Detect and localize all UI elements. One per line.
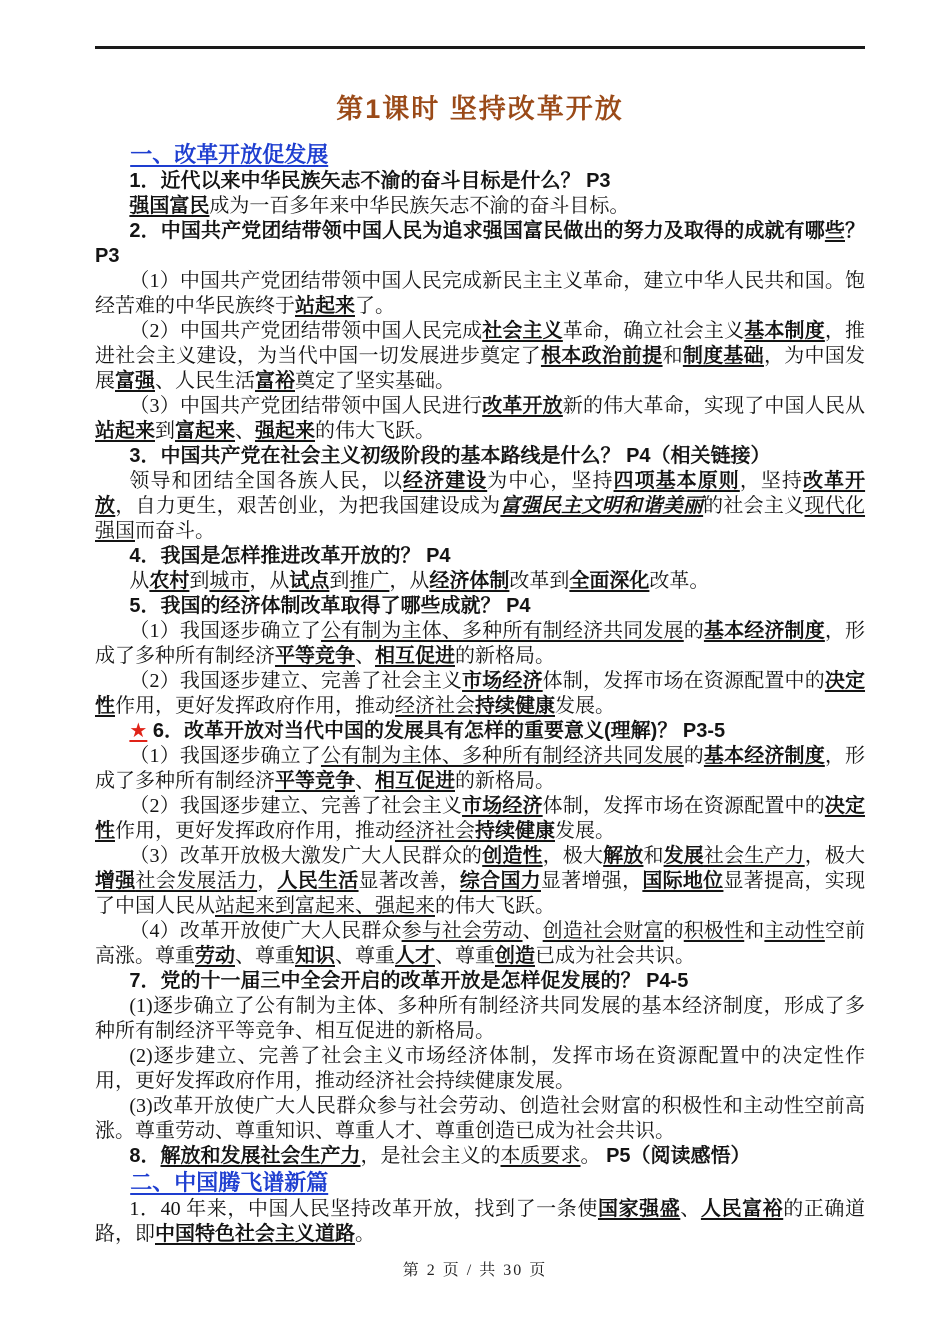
text-run: 经济社会: [395, 695, 475, 717]
text-run: 经济社会: [395, 820, 475, 842]
answer-paragraph: （1）我国逐步确立了公有制为主体、多种所有制经济共同发展的基本经济制度，形成了多…: [95, 744, 865, 794]
text-run: 社会主义: [482, 320, 563, 342]
text-run: 、: [680, 1198, 701, 1220]
text-run: 已成为社会共识。: [535, 945, 695, 967]
text-run: 、: [355, 645, 375, 667]
text-run: 为中心，坚持: [487, 470, 613, 492]
text-run: 社会生产力: [704, 845, 805, 867]
text-run: 作用，更好发挥政府作用，推动: [115, 695, 395, 717]
text-run: 的新格局。: [455, 645, 555, 667]
text-run: 站起来到富起来、强起来: [215, 895, 435, 917]
text-run: 四项基本原则: [614, 470, 740, 492]
text-run: 1．40 年来，中国人民坚持改革开放，找到了一条使: [129, 1198, 598, 1220]
text-run: 经济建设: [403, 470, 487, 492]
answer-paragraph: （4）改革开放使广大人民群众参与社会劳动、创造社会财富的积极性和主动性空前高涨。…: [95, 919, 865, 969]
text-run: 的新格局。: [455, 770, 555, 792]
text-run: 公有制为主体、多种所有制经济共同发展: [321, 745, 684, 767]
text-run: 解放: [603, 845, 643, 867]
text-run: 参与社会劳动: [402, 920, 523, 942]
text-run: （1）我国逐步确立了: [129, 620, 321, 642]
text-run: ，自力更生，艰苦创业，为把我国建设成为: [115, 495, 500, 517]
text-run: 富裕: [255, 370, 295, 392]
answer-paragraph: （3）中国共产党团结带领中国人民进行改革开放新的伟大革命，实现了中国人民从站起来…: [95, 394, 865, 444]
title-paragraph: 第1课时 坚持改革开放: [95, 91, 865, 127]
answer-paragraph: (1)逐步确立了公有制为主体、多种所有制经济共同发展的基本经济制度，形成了多种所…: [95, 994, 865, 1044]
text-run: 站起来: [95, 420, 155, 442]
answer-paragraph: (3)改革开放使广大人民群众参与社会劳动、创造社会财富的积极性和主动性空前高涨。…: [95, 1094, 865, 1144]
text-run: 4．我国是怎样推进改革开放的？ P4: [129, 545, 450, 567]
text-run: 市场经济: [462, 795, 543, 817]
text-run: 解放和发展社会生产力: [161, 1145, 361, 1167]
answer-paragraph: 从农村到城市，从试点到推广，从经济体制改革到全面深化改革。: [95, 569, 865, 594]
text-run: ，从: [389, 570, 429, 592]
text-run: 劳动: [195, 945, 235, 967]
text-run: 本质要求: [501, 1145, 581, 1167]
text-run: (1)逐步确立了公有制为主体、多种所有制经济共同发展的基本经济制度，形成了多种所…: [95, 995, 865, 1042]
text-run: 相互促进: [375, 770, 455, 792]
text-run: 。: [581, 1145, 601, 1167]
text-run: 些: [825, 220, 845, 242]
header-rule: [95, 46, 865, 49]
text-run: 成为一百多年来中华民族矢志不渝的奋斗目标。: [209, 195, 629, 217]
text-run: 到: [155, 420, 175, 442]
text-run: 全面深化: [569, 570, 649, 592]
text-run: 积极性: [684, 920, 744, 942]
text-run: 基本经济制度: [704, 745, 825, 767]
text-run: 国家强盛: [598, 1198, 680, 1220]
text-run: 改革。: [649, 570, 709, 592]
text-run: 7．党的十一届三中全会开启的改革开放是怎样促发展的？ P4-5: [129, 970, 688, 992]
question-paragraph: 5．我国的经济体制改革取得了哪些成就？ P4: [95, 594, 865, 619]
text-run: 改革开放: [482, 395, 563, 417]
text-run: 富起来: [175, 420, 235, 442]
text-run: 奠定了坚实基础。: [295, 370, 455, 392]
question-paragraph: ★ 6．改革开放对当代中国的发展具有怎样的重要意义(理解)？ P3-5: [95, 719, 865, 744]
text-run: （1）中国共产党团结带领中国人民完成新民主主义革命，建立中华人民共和国。饱经苦难…: [95, 270, 865, 317]
text-run: 显著增强，: [541, 870, 642, 892]
text-run: 、人民生活: [155, 370, 255, 392]
text-run: 农村: [149, 570, 189, 592]
question-paragraph: 3．中国共产党在社会主义初级阶段的基本路线是什么？ P4（相关链接）: [95, 444, 865, 469]
text-run: 3．中国共产党在社会主义初级阶段的基本路线是什么？ P4（相关链接）: [129, 445, 770, 467]
text-run: 发展。: [555, 695, 615, 717]
text-run: ，极大: [805, 845, 865, 867]
text-run: 从: [129, 570, 149, 592]
text-run: ，从: [249, 570, 289, 592]
text-run: (3)改革开放使广大人民群众参与社会劳动、创造社会财富的积极性和主动性空前高涨。…: [95, 1095, 865, 1142]
text-run: （2）中国共产党团结带领中国人民完成: [129, 320, 482, 342]
text-run: 发展。: [555, 820, 615, 842]
text-run: 到: [189, 570, 209, 592]
text-run: 、: [355, 770, 375, 792]
text-run: 经济体制: [429, 570, 509, 592]
star-icon: ★: [129, 720, 147, 742]
text-run: 而奋斗。: [135, 520, 215, 542]
text-run: 改革到: [509, 570, 569, 592]
text-run: 持续健康: [475, 695, 555, 717]
text-run: 试点: [289, 570, 329, 592]
text-run: 国际地位: [642, 870, 723, 892]
text-run: 的: [664, 920, 684, 942]
text-run: 制度基础: [683, 345, 764, 367]
text-run: （2）我国逐步建立、完善了社会主义: [129, 795, 462, 817]
text-run: 强起来: [255, 420, 315, 442]
text-run: 、尊重: [435, 945, 495, 967]
text-run: 、: [235, 420, 255, 442]
text-run: 显著改善，: [359, 870, 460, 892]
document-page: 第1课时 坚持改革开放一、改革开放促发展1．近代以来中华民族矢志不渝的奋斗目标是…: [0, 0, 950, 1344]
answer-paragraph: （2）中国共产党团结带领中国人民完成社会主义革命，确立社会主义基本制度，推进社会…: [95, 319, 865, 394]
text-run: 的: [684, 745, 704, 767]
text-run: 中国特色社会主义道路: [155, 1223, 355, 1245]
text-run: 发展: [664, 845, 704, 867]
text-run: 、尊重: [235, 945, 295, 967]
text-run: 创造社会财富: [543, 920, 664, 942]
text-run: 强国富民: [129, 195, 209, 217]
question-paragraph: 7．党的十一届三中全会开启的改革开放是怎样促发展的？ P4-5: [95, 969, 865, 994]
text-run: 增强: [95, 870, 136, 892]
text-run: 人民生活: [277, 870, 358, 892]
text-run: ，极大: [543, 845, 603, 867]
text-run: 人才: [395, 945, 435, 967]
text-run: 平等竞争: [275, 770, 355, 792]
text-run: 。: [355, 1223, 375, 1245]
answer-paragraph: （2）我国逐步建立、完善了社会主义市场经济体制，发挥市场在资源配置中的决定性作用…: [95, 669, 865, 719]
text-run: 推广: [349, 570, 389, 592]
text-run: 城市: [209, 570, 249, 592]
answer-paragraph: 1．40 年来，中国人民坚持改革开放，找到了一条使国家强盛、人民富裕的正确道路，…: [95, 1197, 865, 1247]
text-run: 社会发展活力: [136, 870, 258, 892]
text-run: 革命，确立社会主义: [563, 320, 744, 342]
text-run: 领导和团结全国各族人民，以: [129, 470, 403, 492]
text-run: 第1课时 坚持改革开放: [336, 94, 624, 124]
text-run: 人民富裕: [701, 1198, 783, 1220]
text-run: 1．近代以来中华民族矢志不渝的奋斗目标是什么？ P3: [129, 170, 610, 192]
section-paragraph: 一、改革开放促发展: [95, 141, 865, 169]
text-run: 公有制为主体、多种所有制经济共同发展: [321, 620, 684, 642]
text-run: 到: [329, 570, 349, 592]
text-run: 的伟大飞跃。: [435, 895, 555, 917]
text-run: 主动性: [764, 920, 824, 942]
text-run: （2）我国逐步建立、完善了社会主义: [129, 670, 462, 692]
answer-paragraph: 领导和团结全国各族人民，以经济建设为中心，坚持四项基本原则，坚持改革开放，自力更…: [95, 469, 865, 544]
text-run: （3）改革开放极大激发广大人民群众的: [129, 845, 482, 867]
answer-paragraph: （1）我国逐步确立了公有制为主体、多种所有制经济共同发展的基本经济制度，形成了多…: [95, 619, 865, 669]
text-run: 、尊重: [335, 945, 395, 967]
text-run: 根本政治前提: [541, 345, 663, 367]
answer-paragraph: （3）改革开放极大激发广大人民群众的创造性，极大解放和发展社会生产力，极大增强社…: [95, 844, 865, 919]
answer-paragraph: (2)逐步建立、完善了社会主义市场经济体制，发挥市场在资源配置中的决定性作用，更…: [95, 1044, 865, 1094]
question-paragraph: 8．解放和发展社会生产力，是社会主义的本质要求。 P5（阅读感悟）: [95, 1144, 865, 1169]
text-run: ，是社会主义的: [361, 1145, 501, 1167]
text-run: 和: [643, 845, 663, 867]
page-footer: 第 2 页 / 共 30 页: [0, 1257, 950, 1280]
question-paragraph: 4．我国是怎样推进改革开放的？ P4: [95, 544, 865, 569]
text-run: 和: [663, 345, 683, 367]
text-run: 2．中国共产党团结带领中国人民为追求强国富民做出的努力及取得的成就有哪: [129, 220, 824, 242]
answer-paragraph: （1）中国共产党团结带领中国人民完成新民主主义革命，建立中华人民共和国。饱经苦难…: [95, 269, 865, 319]
text-run: （3）中国共产党团结带领中国人民进行: [129, 395, 482, 417]
text-run: 站起来: [295, 295, 355, 317]
text-run: 的伟大飞跃。: [315, 420, 435, 442]
text-run: 的: [684, 620, 704, 642]
question-paragraph: 2．中国共产党团结带领中国人民为追求强国富民做出的努力及取得的成就有哪些？ P3: [95, 219, 865, 269]
text-run: （1）我国逐步确立了: [129, 745, 321, 767]
question-paragraph: 1．近代以来中华民族矢志不渝的奋斗目标是什么？ P3: [95, 169, 865, 194]
text-run: 的社会主义: [703, 495, 804, 517]
text-run: 新的伟大革命，实现了中国人民从: [563, 395, 865, 417]
text-run: 基本经济制度: [704, 620, 825, 642]
text-run: （4）改革开放使广大人民群众: [129, 920, 401, 942]
section-paragraph: 二、中国腾飞谱新篇: [95, 1169, 865, 1197]
text-run: 二、中国腾飞谱新篇: [130, 1170, 328, 1195]
text-run: 6．改革开放对当代中国的发展具有怎样的重要意义(理解)？ P3-5: [147, 720, 725, 742]
text-run: P5（阅读感悟）: [601, 1145, 751, 1167]
text-run: 富强民主文明和谐美丽: [500, 495, 703, 517]
text-run: ，坚持: [740, 470, 803, 492]
text-run: 相互促进: [375, 645, 455, 667]
answer-paragraph: 强国富民成为一百多年来中华民族矢志不渝的奋斗目标。: [95, 194, 865, 219]
document-body: 第1课时 坚持改革开放一、改革开放促发展1．近代以来中华民族矢志不渝的奋斗目标是…: [95, 91, 865, 1247]
text-run: 8．: [129, 1145, 160, 1167]
text-run: 体制，发挥市场在资源配置中的: [543, 670, 825, 692]
text-run: 一、改革开放促发展: [130, 142, 328, 167]
text-run: 5．我国的经济体制改革取得了哪些成就？ P4: [129, 595, 530, 617]
text-run: ，: [257, 870, 277, 892]
text-run: 持续健康: [475, 820, 555, 842]
text-run: 综合国力: [460, 870, 541, 892]
text-run: 平等竞争: [275, 645, 355, 667]
text-run: 和: [744, 920, 764, 942]
text-run: 体制，发挥市场在资源配置中的: [543, 795, 825, 817]
text-run: 创造性: [482, 845, 542, 867]
text-run: 作用，更好发挥政府作用，推动: [115, 820, 395, 842]
text-run: 知识: [295, 945, 335, 967]
text-run: 基本制度: [744, 320, 825, 342]
text-run: 、: [523, 920, 543, 942]
text-run: (2)逐步建立、完善了社会主义市场经济体制，发挥市场在资源配置中的决定性作用，更…: [95, 1045, 865, 1092]
text-run: 市场经济: [462, 670, 543, 692]
answer-paragraph: （2）我国逐步建立、完善了社会主义市场经济体制，发挥市场在资源配置中的决定性作用…: [95, 794, 865, 844]
text-run: 创造: [495, 945, 535, 967]
text-run: 富强: [115, 370, 155, 392]
text-run: 了。: [355, 295, 395, 317]
page-number: 第 2 页 / 共 30 页: [403, 1262, 547, 1279]
